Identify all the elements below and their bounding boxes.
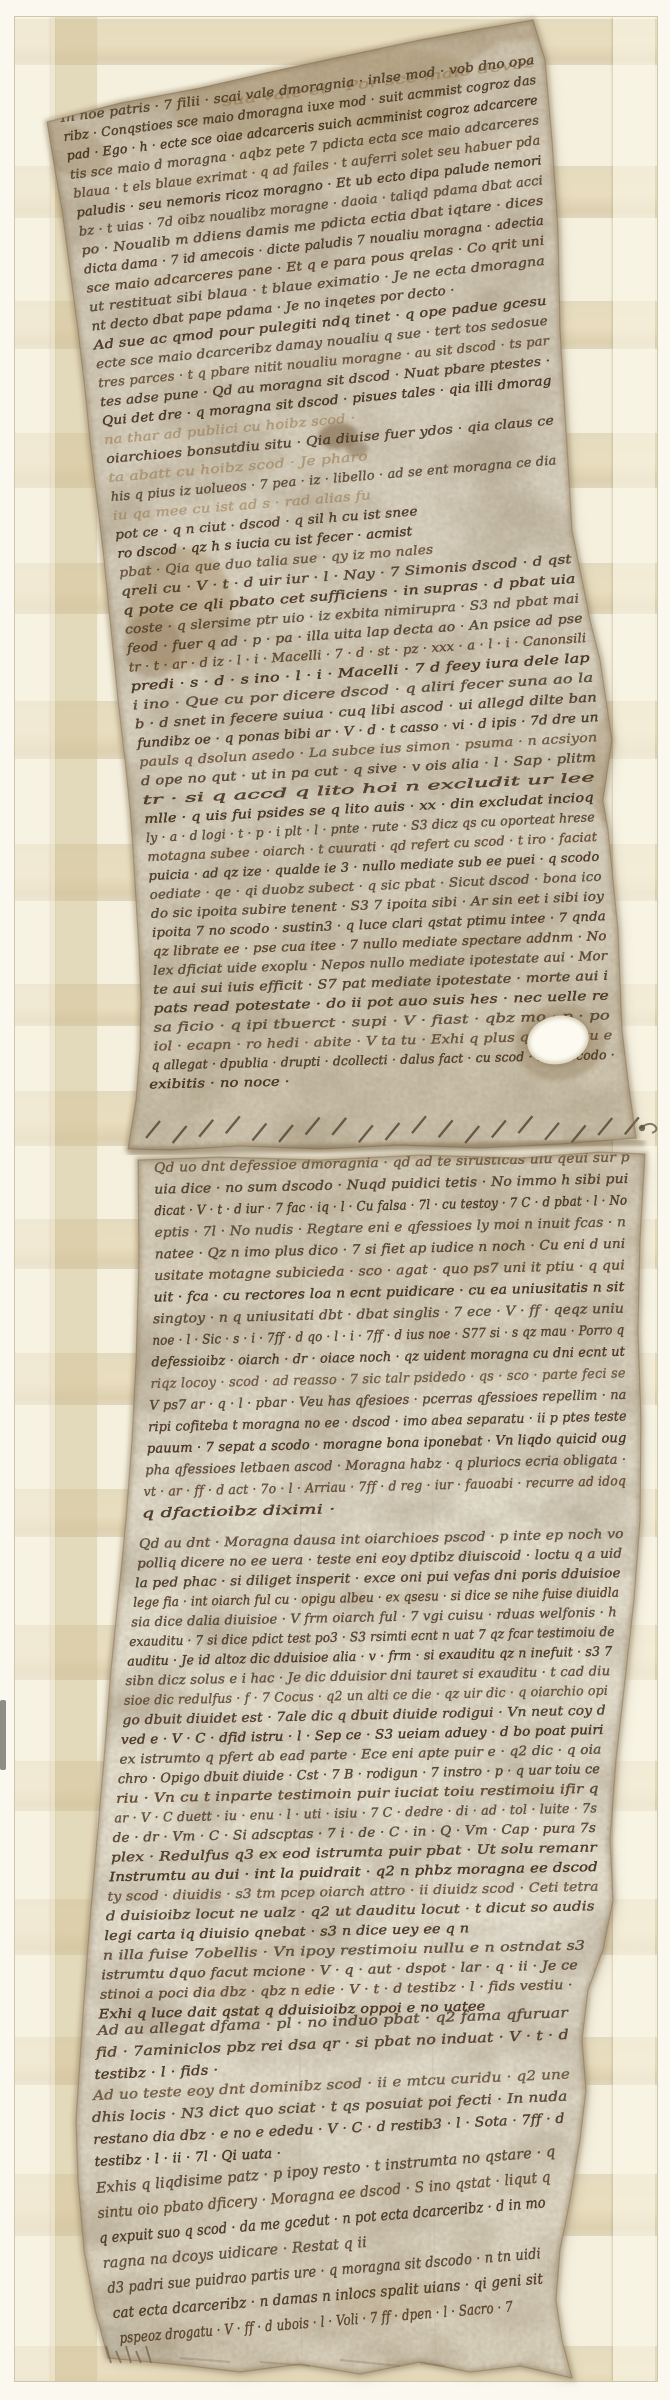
manuscript-photo: sua vale ei · Por sce maio devozIn noe p… — [0, 0, 670, 2400]
parchment-svg: sua vale ei · Por sce maio devozIn noe p… — [0, 0, 670, 2400]
manuscript-line: exibitis · no noce · — [149, 1074, 290, 1092]
